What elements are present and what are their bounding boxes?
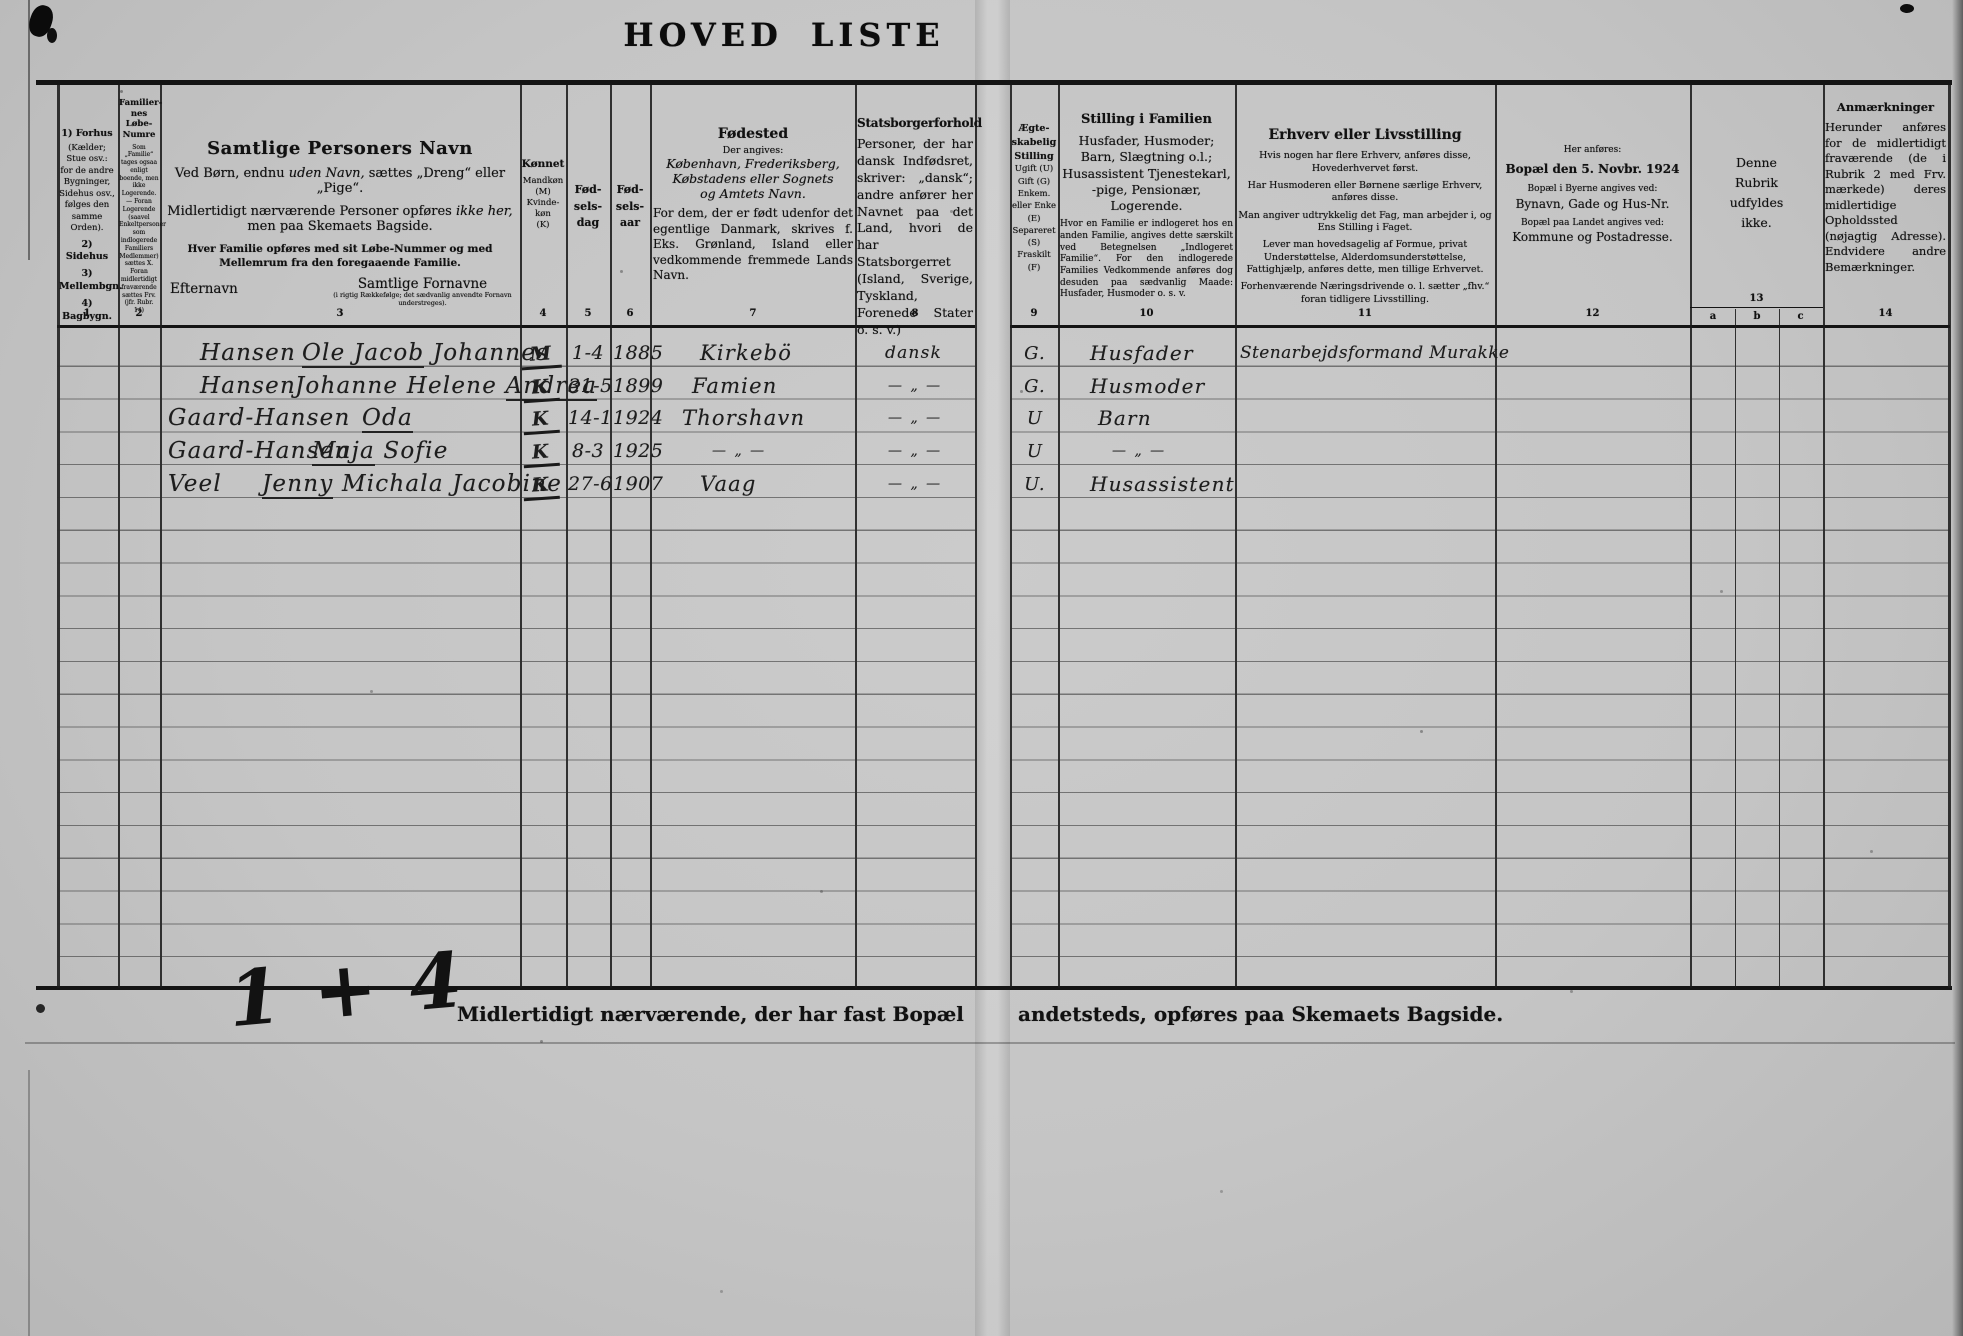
header-line: 3) Mellembgn. bbox=[59, 268, 115, 294]
header-note: Hver Familie opføres med sit Løbe-Nummer… bbox=[162, 242, 518, 270]
header-line: Denne bbox=[1692, 153, 1821, 173]
row-birthday: 27-6 bbox=[568, 470, 613, 499]
column-header-aegteskabelig-stilling: Ægte- skabelig Stilling Ugift (U) Gift (… bbox=[1011, 122, 1057, 274]
column-header-bygning: 1) Forhus (Kælder; Stue osv.: for de and… bbox=[59, 128, 115, 323]
header-title: Erhverv eller Livsstilling bbox=[1237, 126, 1493, 144]
header-line: sels- bbox=[611, 199, 649, 216]
header-note: Købstadens eller Sognets bbox=[653, 171, 853, 186]
row-marital-status: U bbox=[1012, 404, 1058, 433]
row-surname: Gaard-Hansen bbox=[168, 404, 351, 433]
table-row: Gaard-Hansen Maja Sofie K 8-3 1925 — „ —… bbox=[0, 437, 1963, 466]
table-row: Gaard-Hansen Oda K 14-1 1924 Thorshavn —… bbox=[0, 404, 1963, 433]
row-family-position: Husassistent bbox=[1090, 470, 1235, 499]
footer-note-right: andetsteds, opføres paa Skemaets Bagside… bbox=[1018, 1002, 1503, 1026]
row-marital-status: U bbox=[1012, 437, 1058, 466]
header-title: Statsborgerforhold bbox=[857, 116, 973, 130]
header-note: Bopæl paa Landet angives ved: bbox=[1497, 217, 1688, 230]
header-line: Ugift (U) bbox=[1011, 163, 1057, 175]
subcolumn-letter-b: b bbox=[1736, 311, 1778, 322]
column-number-1: 1 bbox=[59, 308, 115, 319]
row-firstnames: Oda bbox=[362, 404, 413, 433]
column-header-bopael: Her anføres: Bopæl den 5. Novbr. 1924 Bo… bbox=[1497, 144, 1688, 246]
header-line: Fød- bbox=[611, 182, 649, 199]
page-gutter bbox=[975, 0, 1010, 1336]
subheader-title: Samtlige Fornavne bbox=[325, 276, 520, 292]
column-header-navn: Samtlige Personers Navn Ved Børn, endnu … bbox=[162, 138, 518, 270]
row-sex: K bbox=[518, 372, 564, 402]
header-line: Separeret bbox=[1011, 225, 1057, 237]
column-header-loebenumre: Familier- nes Løbe- Numre Som „Familie“ … bbox=[119, 98, 159, 315]
header-line: ikke. bbox=[1692, 213, 1821, 233]
row-family-position: Barn bbox=[1098, 404, 1152, 433]
page-title-word: LISTE bbox=[811, 16, 945, 54]
header-line: Fraskilt (F) bbox=[1011, 249, 1057, 274]
header-note: ikke her, bbox=[456, 204, 513, 219]
header-body-separator bbox=[57, 325, 975, 328]
row-marital-status: G. bbox=[1012, 372, 1058, 401]
header-title: skabelig bbox=[1011, 136, 1057, 150]
header-note: uden Navn, bbox=[289, 166, 365, 181]
row-marital-status: G. bbox=[1012, 339, 1058, 368]
header-note: Har Husmoderen eller Børnene særlige Erh… bbox=[1237, 180, 1493, 205]
header-line: dag bbox=[567, 215, 609, 232]
header-line: Løbe- bbox=[119, 119, 159, 130]
header-note: Forhenværende Næringsdrivende o. l. sætt… bbox=[1237, 281, 1493, 306]
header-note: For dem, der er født udenfor det egentli… bbox=[653, 206, 853, 284]
row-surname: Hansen bbox=[200, 339, 296, 368]
header-line: Kvinde- bbox=[521, 198, 565, 209]
row-birthplace: Kirkebö bbox=[700, 339, 792, 368]
header-note: Hvor en Familie er indlogeret hos en and… bbox=[1060, 219, 1233, 301]
row-birthday: 31-5 bbox=[568, 372, 613, 401]
column-header-anmaerkninger: Anmærkninger Herunder anføres for de mid… bbox=[1825, 100, 1946, 275]
header-note: Lever man hovedsagelig af Formue, privat… bbox=[1237, 239, 1493, 276]
header-line: (K) bbox=[521, 220, 565, 231]
header-note: Bynavn, Gade og Hus-Nr. bbox=[1497, 196, 1688, 213]
header-title: Fødested bbox=[653, 126, 853, 142]
row-sex: M bbox=[518, 339, 564, 369]
row-surname: Veel bbox=[168, 470, 222, 499]
row-citizenship: — „ — bbox=[888, 437, 942, 466]
header-note: Man angiver udtrykkelig det Fag, man arb… bbox=[1237, 210, 1493, 235]
table-row: Veel Jenny Michala Jacobine K 27-6 1907 … bbox=[0, 470, 1963, 499]
header-line: Fød- bbox=[567, 182, 609, 199]
header-title: Ægte- bbox=[1011, 122, 1057, 136]
column-number-11: 11 bbox=[1237, 308, 1493, 319]
header-line: Rubrik bbox=[1692, 173, 1821, 193]
header-line: Gift (G) bbox=[1011, 176, 1057, 188]
paper-speckles bbox=[120, 90, 123, 93]
header-line: 1) Forhus bbox=[59, 128, 115, 141]
header-line: køn bbox=[521, 209, 565, 220]
footer-note-left: Midlertidigt nærværende, der har fast Bo… bbox=[457, 1002, 964, 1026]
row-birthplace: — „ — bbox=[712, 437, 766, 466]
column-divider bbox=[975, 85, 977, 988]
column-header-rubrik-13: Denne Rubrik udfyldes ikke. bbox=[1692, 153, 1821, 233]
header-line: Enkem. bbox=[1011, 188, 1057, 200]
header-body-separator bbox=[1010, 325, 1950, 328]
table-frame-top bbox=[36, 80, 1952, 85]
column-number-6: 6 bbox=[611, 308, 649, 319]
row-birthyear: 1907 bbox=[613, 470, 663, 499]
row-birthday: 1-4 bbox=[572, 339, 604, 368]
header-line: (M) bbox=[521, 187, 565, 198]
row-surname: Hansen bbox=[200, 372, 296, 401]
header-line: Mandkøn bbox=[521, 176, 565, 187]
row-sex: K bbox=[518, 437, 564, 467]
header-note: Bopæl i Byerne angives ved: bbox=[1497, 183, 1688, 196]
row-birthplace: Thorshavn bbox=[682, 404, 805, 433]
scan-artifact bbox=[28, 0, 30, 260]
row-citizenship: — „ — bbox=[888, 470, 942, 499]
column-number-12: 12 bbox=[1497, 308, 1688, 319]
table-row: Hansen Johanne Helene Andrea K 31-5 1899… bbox=[0, 372, 1963, 401]
column-header-statsborgerforhold: Statsborgerforhold Personer, der har dan… bbox=[857, 116, 973, 339]
table-row: Hansen Ole Jacob Johannes M 1-4 1885 Kir… bbox=[0, 339, 1963, 368]
header-note: (Kælder; Stue osv.: for de andre Bygning… bbox=[59, 143, 115, 235]
header-note: men paa Skemaets Bagside. bbox=[162, 219, 518, 234]
column-number-14: 14 bbox=[1825, 308, 1946, 319]
row-citizenship: dansk bbox=[885, 339, 942, 368]
row-birthday: 14-1 bbox=[568, 404, 613, 433]
page-title: HOVED LISTE bbox=[648, 16, 920, 54]
header-title: Anmærkninger bbox=[1825, 100, 1946, 114]
header-title: Kønnet bbox=[521, 158, 565, 172]
column-number-10: 10 bbox=[1060, 308, 1233, 319]
header-line: eller Enke bbox=[1011, 200, 1057, 212]
row-citizenship: — „ — bbox=[888, 404, 942, 433]
header-note: Midlertidigt nærværende Personer opføres bbox=[167, 204, 452, 219]
row-birthyear: 1925 bbox=[613, 437, 663, 466]
column-header-koennet: Kønnet Mandkøn (M) Kvinde- køn (K) bbox=[521, 158, 565, 231]
column-header-foedselsdag: Fød- sels- dag bbox=[567, 182, 609, 232]
column-header-erhverv: Erhverv eller Livsstilling Hvis nogen ha… bbox=[1237, 126, 1493, 306]
row-sex: K bbox=[518, 404, 564, 434]
subheader-fornavne: Samtlige Fornavne (i rigtig Rækkefølge; … bbox=[325, 276, 520, 308]
row-birthplace: Famien bbox=[692, 372, 777, 401]
header-note: Som „Familie“ tages ogsaa enligt boende,… bbox=[119, 144, 159, 316]
row-occupation: Stenarbejdsformand Murakke bbox=[1240, 339, 1509, 368]
row-birthday: 8-3 bbox=[572, 437, 604, 466]
page-title-word: HOVED bbox=[623, 16, 783, 54]
header-note: Kommune og Postadresse. bbox=[1497, 229, 1688, 246]
header-note: sættes bbox=[369, 166, 413, 181]
header-line: udfyldes bbox=[1692, 193, 1821, 213]
column-number-7: 7 bbox=[653, 308, 853, 319]
row-birthyear: 1924 bbox=[613, 404, 663, 433]
header-note: Herunder anføres for de midlertidigt fra… bbox=[1825, 120, 1946, 275]
header-line: (E) bbox=[1011, 213, 1057, 225]
column-number-5: 5 bbox=[567, 308, 609, 319]
header-note: Der angives: bbox=[653, 145, 853, 156]
row-birthyear: 1885 bbox=[613, 339, 663, 368]
header-line: Familier- bbox=[119, 98, 159, 109]
header-note: Her anføres: bbox=[1497, 144, 1688, 157]
column-number-3: 3 bbox=[162, 308, 518, 319]
row-birthplace: Vaag bbox=[700, 470, 757, 499]
column-number-2: 2 bbox=[119, 308, 159, 319]
header-title: Stilling bbox=[1011, 150, 1057, 164]
row-family-position: Husmoder bbox=[1090, 372, 1205, 401]
census-form-scan: HOVED LISTE 1) Forhus (Kælder; Stue osv.… bbox=[0, 0, 1963, 1336]
row-family-position: — „ — bbox=[1112, 437, 1166, 466]
row-firstnames: Ole Jacob Johannes bbox=[302, 339, 549, 368]
column-number-13: 13 bbox=[1692, 293, 1821, 304]
scan-artifact bbox=[47, 28, 57, 43]
column-number-9: 9 bbox=[1011, 308, 1057, 319]
header-note: Ved Børn, endnu bbox=[175, 166, 285, 181]
column-number-8: 8 bbox=[857, 308, 973, 319]
subcolumn-letter-a: a bbox=[1692, 311, 1734, 322]
header-title: Samtlige Personers Navn bbox=[162, 138, 518, 159]
header-title: Stilling i Familien bbox=[1060, 112, 1233, 127]
column-header-foedselsaar: Fød- sels- aar bbox=[611, 182, 649, 232]
row-firstnames: Maja Sofie bbox=[312, 437, 449, 466]
subcolumn-separator bbox=[1690, 307, 1823, 308]
column-number-4: 4 bbox=[521, 308, 565, 319]
scan-artifact bbox=[1900, 4, 1914, 13]
header-line: aar bbox=[611, 215, 649, 232]
header-line: Numre bbox=[119, 130, 159, 141]
header-title: Bopæl den 5. Novbr. 1924 bbox=[1497, 161, 1688, 178]
header-line: 2) Sidehus bbox=[59, 239, 115, 265]
header-note: Hvis nogen har flere Erhverv, anføres di… bbox=[1237, 150, 1493, 175]
row-family-position: Husfader bbox=[1090, 339, 1194, 368]
row-birthyear: 1899 bbox=[613, 372, 663, 401]
header-line: nes bbox=[119, 109, 159, 120]
header-line: sels- bbox=[567, 199, 609, 216]
row-sex: K bbox=[518, 470, 564, 500]
subheader-efternavn: Efternavn bbox=[170, 281, 238, 297]
page-bottom-edge bbox=[25, 1042, 1955, 1044]
scan-artifact bbox=[1952, 0, 1963, 1336]
handwritten-tally: 1 + 4 bbox=[225, 942, 468, 1038]
subcolumn-letter-c: c bbox=[1780, 311, 1821, 322]
column-header-foedested: Fødested Der angives: København, Frederi… bbox=[653, 126, 853, 284]
header-note: Husfader, Husmoder; Barn, Slægtning o.l.… bbox=[1060, 133, 1233, 214]
header-note: København, Frederiksberg, bbox=[653, 156, 853, 171]
row-citizenship: — „ — bbox=[888, 372, 942, 401]
subheader-note: (i rigtig Rækkefølge; det sædvanlig anve… bbox=[325, 292, 520, 308]
header-note: og Amtets Navn. bbox=[653, 186, 853, 201]
header-line: (S) bbox=[1011, 237, 1057, 249]
row-marital-status: U. bbox=[1012, 470, 1058, 499]
scan-artifact bbox=[36, 1004, 45, 1013]
scan-artifact bbox=[28, 1070, 30, 1336]
column-header-stilling-i-familien: Stilling i Familien Husfader, Husmoder; … bbox=[1060, 112, 1233, 301]
